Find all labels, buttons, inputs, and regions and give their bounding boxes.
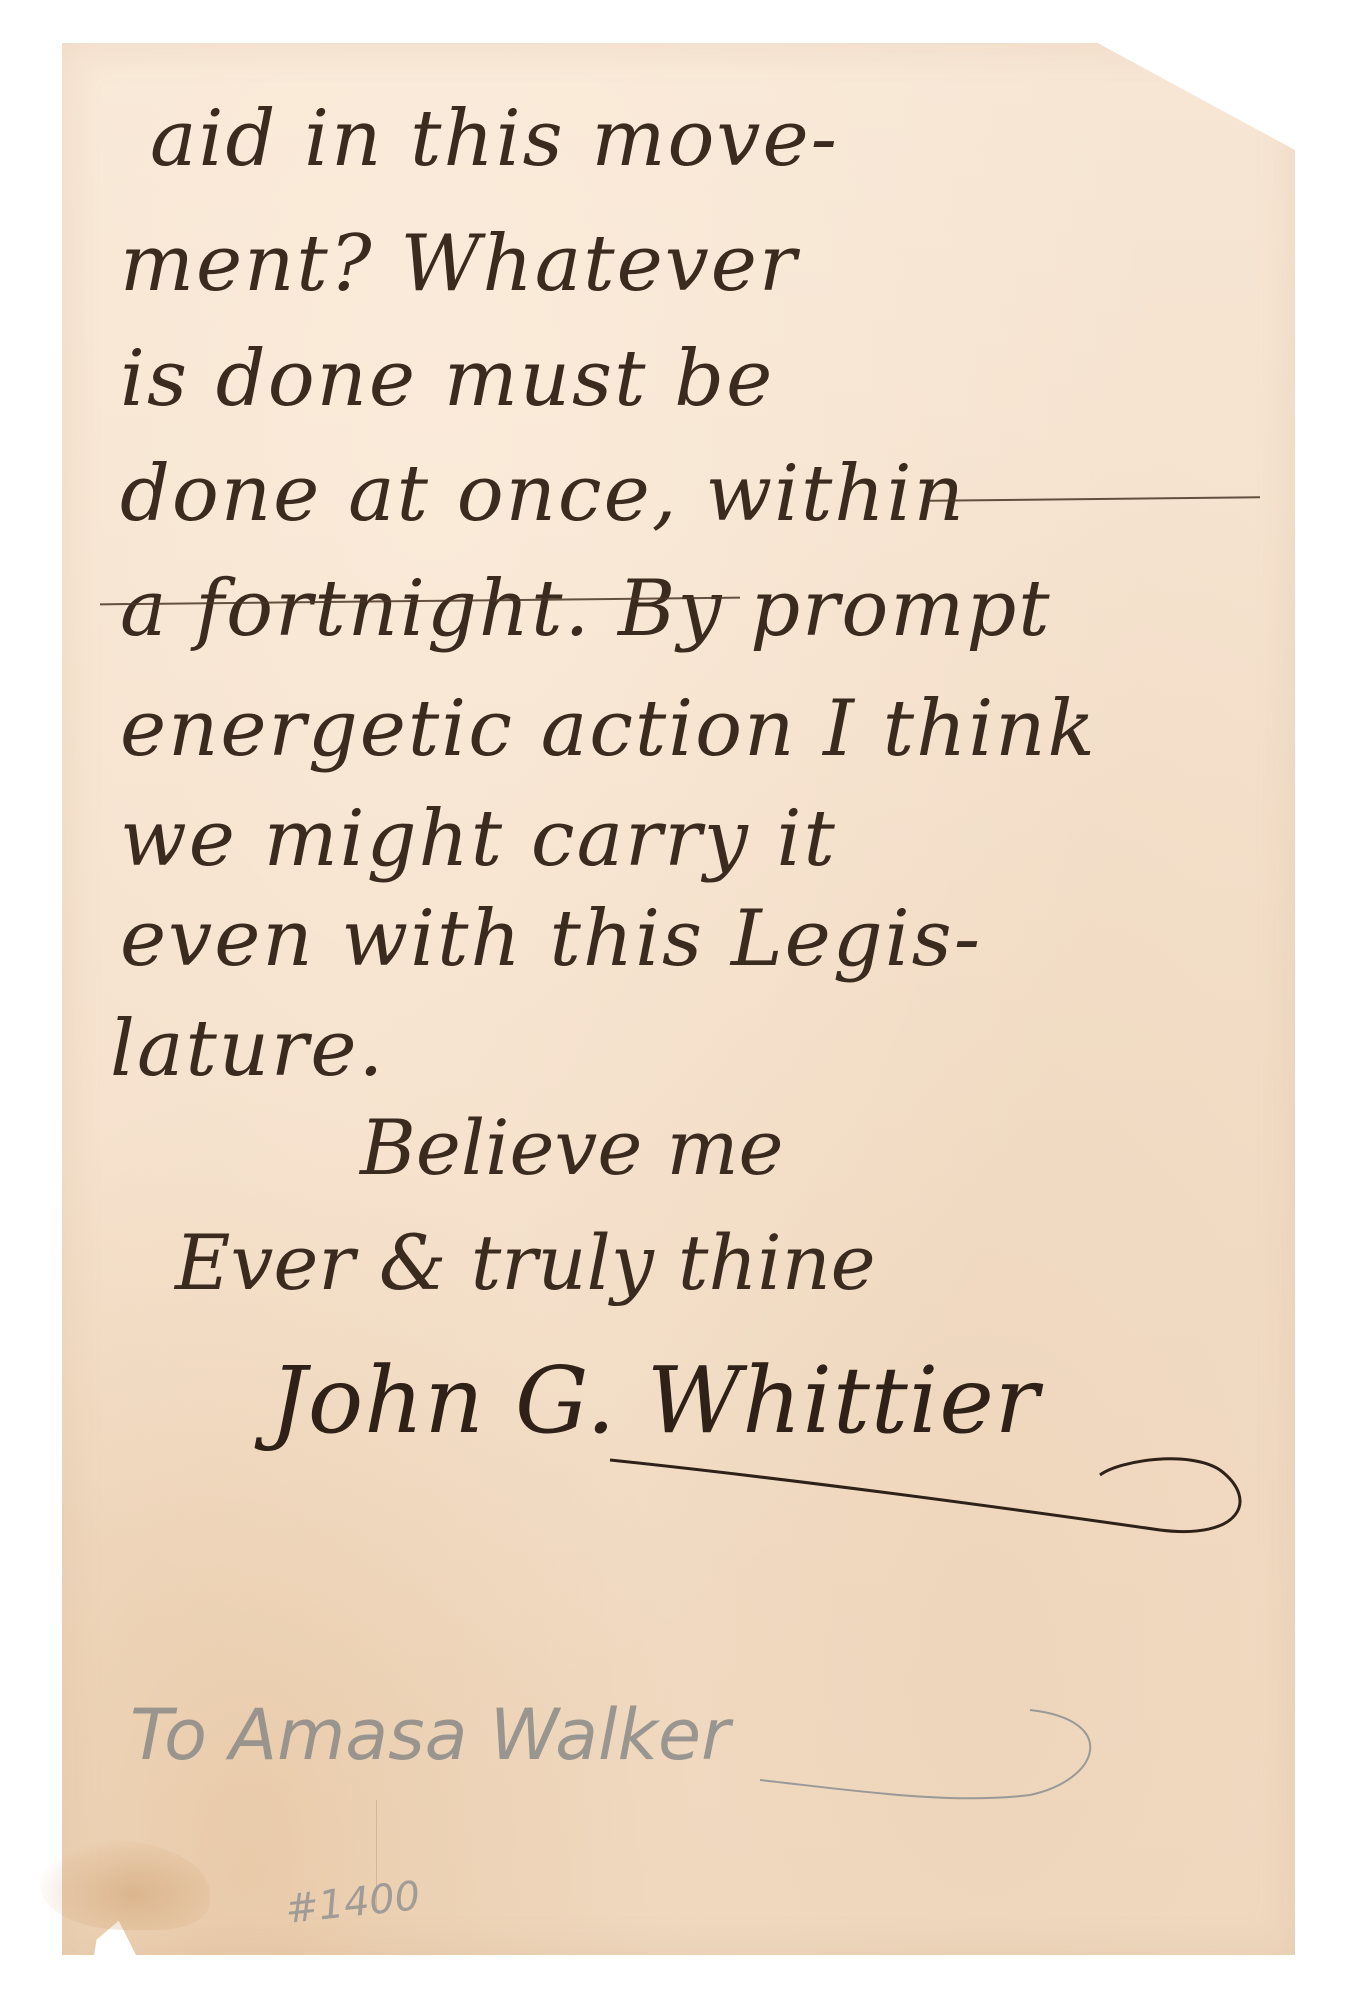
letter-line-2: ment? Whatever: [120, 225, 798, 303]
letter-line-7: we might carry it: [120, 800, 837, 878]
letter-line-4: done at once, within: [120, 455, 966, 533]
closing-ever-truly: Ever & truly thine: [175, 1225, 876, 1301]
pencil-recipient-note: To Amasa Walker: [130, 1700, 730, 1770]
letter-line-6: energetic action I think: [120, 690, 1097, 768]
letter-line-3: is done must be: [120, 340, 774, 418]
letter-paper: [62, 43, 1295, 1955]
letter-line-1: aid in this move-: [150, 100, 839, 178]
pencil-swash: [700, 1700, 1120, 1810]
signature-flourish: [600, 1440, 1260, 1560]
letter-line-8: even with this Legis-: [120, 900, 982, 978]
signature: John G. Whittier: [270, 1355, 1040, 1447]
closing-believe-me: Believe me: [360, 1110, 784, 1186]
letter-line-9: lature.: [110, 1010, 385, 1088]
letter-line-5: a fortnight. By prompt: [120, 570, 1052, 648]
